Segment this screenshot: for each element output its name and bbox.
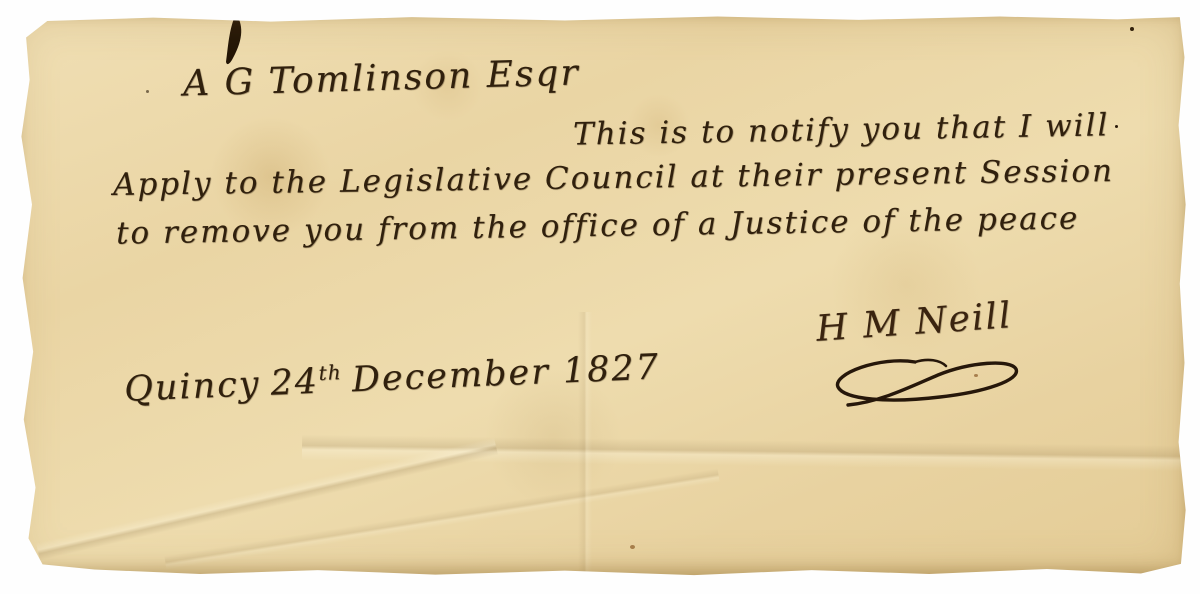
ink-speck-icon <box>1115 125 1118 128</box>
letter-paper: A G Tomlinson Esqr This is to notify you… <box>12 12 1188 578</box>
ink-speck-icon <box>1130 27 1134 31</box>
body-line-3: to remove you from the office of a Justi… <box>116 200 1080 251</box>
fold-crease-horizontal <box>302 435 1188 472</box>
signature-flourish-icon <box>818 354 1033 412</box>
ink-speck-icon <box>146 90 149 93</box>
dateline-rest: December 1827 <box>351 347 661 400</box>
body-line-1: This is to notify you that I will <box>573 107 1110 152</box>
body-line-2: Apply to the Legislative Council at thei… <box>113 153 1114 203</box>
fold-crease-diagonal <box>36 437 498 560</box>
dateline-day-suffix: th <box>318 360 342 385</box>
dateline-place: Quincy <box>123 364 261 410</box>
signature: H M Neill <box>815 295 1014 350</box>
dateline-day: 24 <box>270 362 320 404</box>
scan-background: A G Tomlinson Esqr This is to notify you… <box>0 0 1200 594</box>
dateline: Quincy24thDecember 1827 <box>123 347 660 410</box>
paper-speck-icon <box>630 545 635 549</box>
fold-crease-diagonal-2 <box>164 468 719 569</box>
